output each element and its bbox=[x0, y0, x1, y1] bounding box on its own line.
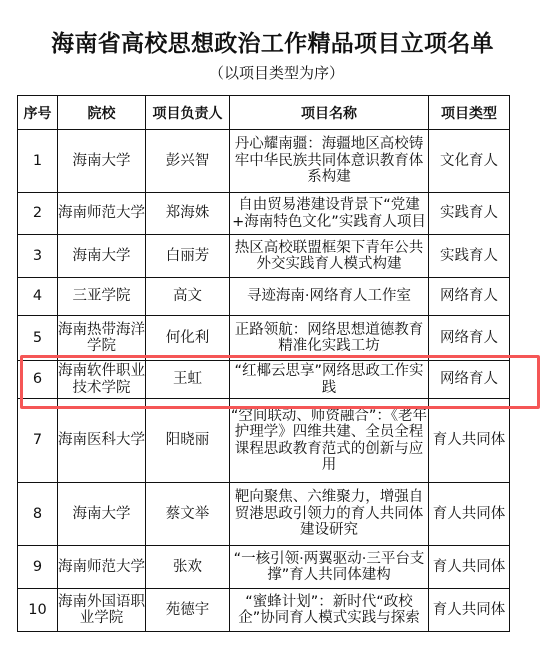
row-leader: 蔡文举 bbox=[146, 483, 230, 546]
row-project-type: 育人共同体 bbox=[429, 546, 510, 589]
row-project-name: 正路领航：网络思想道德教育精准化实践工坊 bbox=[230, 316, 429, 361]
table-row: 3 海南大学 白丽芳 热区高校联盟框架下青年公共外交实践育人模式构建 实践育人 bbox=[18, 235, 510, 278]
row-school: 三亚学院 bbox=[58, 278, 146, 316]
row-leader: 苑德宇 bbox=[146, 589, 230, 632]
row-project-name: 自由贸易港建设背景下“党建+海南特色文化”实践育人项目 bbox=[230, 193, 429, 235]
row-project-type: 育人共同体 bbox=[429, 399, 510, 483]
table-row: 1 海南大学 彭兴智 丹心耀南疆：海疆地区高校铸牢中华民族共同体意识教育体系构建… bbox=[18, 130, 510, 193]
row-school: 海南大学 bbox=[58, 235, 146, 278]
row-leader: 高文 bbox=[146, 278, 230, 316]
row-project-name: 寻迹海南·网络育人工作室 bbox=[230, 278, 429, 316]
document-subtitle: （以项目类型为序） bbox=[0, 63, 545, 83]
row-project-name: “红椰云思享”网络思政工作实践 bbox=[230, 361, 429, 399]
header-project-type: 项目类型 bbox=[429, 96, 510, 130]
project-list-table: 序号 院校 项目负责人 项目名称 项目类型 1 海南大学 彭兴智 丹心耀南疆：海… bbox=[17, 95, 510, 632]
row-school: 海南软件职业技术学院 bbox=[58, 361, 146, 399]
row-project-type: 网络育人 bbox=[429, 316, 510, 361]
row-no: 5 bbox=[18, 316, 58, 361]
row-project-name: “空间联动、师资融合”：《老年护理学》四维共建、全员全程课程思政教育范式的创新与… bbox=[230, 399, 429, 483]
row-leader: 彭兴智 bbox=[146, 130, 230, 193]
header-project-name: 项目名称 bbox=[230, 96, 429, 130]
row-project-type: 文化育人 bbox=[429, 130, 510, 193]
header-school: 院校 bbox=[58, 96, 146, 130]
row-no: 9 bbox=[18, 546, 58, 589]
row-school: 海南大学 bbox=[58, 130, 146, 193]
table-row: 2 海南师范大学 郑海姝 自由贸易港建设背景下“党建+海南特色文化”实践育人项目… bbox=[18, 193, 510, 235]
row-project-type: 网络育人 bbox=[429, 278, 510, 316]
table-row: 7 海南医科大学 阳晓丽 “空间联动、师资融合”：《老年护理学》四维共建、全员全… bbox=[18, 399, 510, 483]
row-school: 海南医科大学 bbox=[58, 399, 146, 483]
row-school: 海南大学 bbox=[58, 483, 146, 546]
row-project-name: 热区高校联盟框架下青年公共外交实践育人模式构建 bbox=[230, 235, 429, 278]
row-no: 10 bbox=[18, 589, 58, 632]
header-no: 序号 bbox=[18, 96, 58, 130]
row-project-name: “一核引领·两翼驱动·三平台支撑”育人共同体建构 bbox=[230, 546, 429, 589]
row-project-type: 实践育人 bbox=[429, 235, 510, 278]
table-row-highlighted: 6 海南软件职业技术学院 王虹 “红椰云思享”网络思政工作实践 网络育人 bbox=[18, 361, 510, 399]
table-row: 9 海南师范大学 张欢 “一核引领·两翼驱动·三平台支撑”育人共同体建构 育人共… bbox=[18, 546, 510, 589]
table-row: 10 海南外国语职业学院 苑德宇 “蜜蜂计划”：新时代“政校企”协同育人模式实践… bbox=[18, 589, 510, 632]
row-project-type: 实践育人 bbox=[429, 193, 510, 235]
document-title: 海南省高校思想政治工作精品项目立项名单 bbox=[0, 30, 545, 58]
row-no: 3 bbox=[18, 235, 58, 278]
row-no: 1 bbox=[18, 130, 58, 193]
row-project-type: 育人共同体 bbox=[429, 483, 510, 546]
row-leader: 郑海姝 bbox=[146, 193, 230, 235]
row-project-type: 网络育人 bbox=[429, 361, 510, 399]
row-no: 7 bbox=[18, 399, 58, 483]
table-row: 8 海南大学 蔡文举 靶向聚焦、六维聚力，增强自贸港思政引领力的育人共同体建设研… bbox=[18, 483, 510, 546]
table-row: 5 海南热带海洋学院 何化利 正路领航：网络思想道德教育精准化实践工坊 网络育人 bbox=[18, 316, 510, 361]
row-no: 2 bbox=[18, 193, 58, 235]
row-leader: 何化利 bbox=[146, 316, 230, 361]
row-leader: 白丽芳 bbox=[146, 235, 230, 278]
row-leader: 王虹 bbox=[146, 361, 230, 399]
row-no: 4 bbox=[18, 278, 58, 316]
row-school: 海南热带海洋学院 bbox=[58, 316, 146, 361]
row-project-name: “蜜蜂计划”：新时代“政校企”协同育人模式实践与探索 bbox=[230, 589, 429, 632]
row-no: 8 bbox=[18, 483, 58, 546]
row-leader: 张欢 bbox=[146, 546, 230, 589]
table-header-row: 序号 院校 项目负责人 项目名称 项目类型 bbox=[18, 96, 510, 130]
row-school: 海南外国语职业学院 bbox=[58, 589, 146, 632]
row-leader: 阳晓丽 bbox=[146, 399, 230, 483]
row-no: 6 bbox=[18, 361, 58, 399]
row-school: 海南师范大学 bbox=[58, 193, 146, 235]
header-leader: 项目负责人 bbox=[146, 96, 230, 130]
row-school: 海南师范大学 bbox=[58, 546, 146, 589]
row-project-type: 育人共同体 bbox=[429, 589, 510, 632]
row-project-name: 靶向聚焦、六维聚力，增强自贸港思政引领力的育人共同体建设研究 bbox=[230, 483, 429, 546]
row-project-name: 丹心耀南疆：海疆地区高校铸牢中华民族共同体意识教育体系构建 bbox=[230, 130, 429, 193]
table-row: 4 三亚学院 高文 寻迹海南·网络育人工作室 网络育人 bbox=[18, 278, 510, 316]
